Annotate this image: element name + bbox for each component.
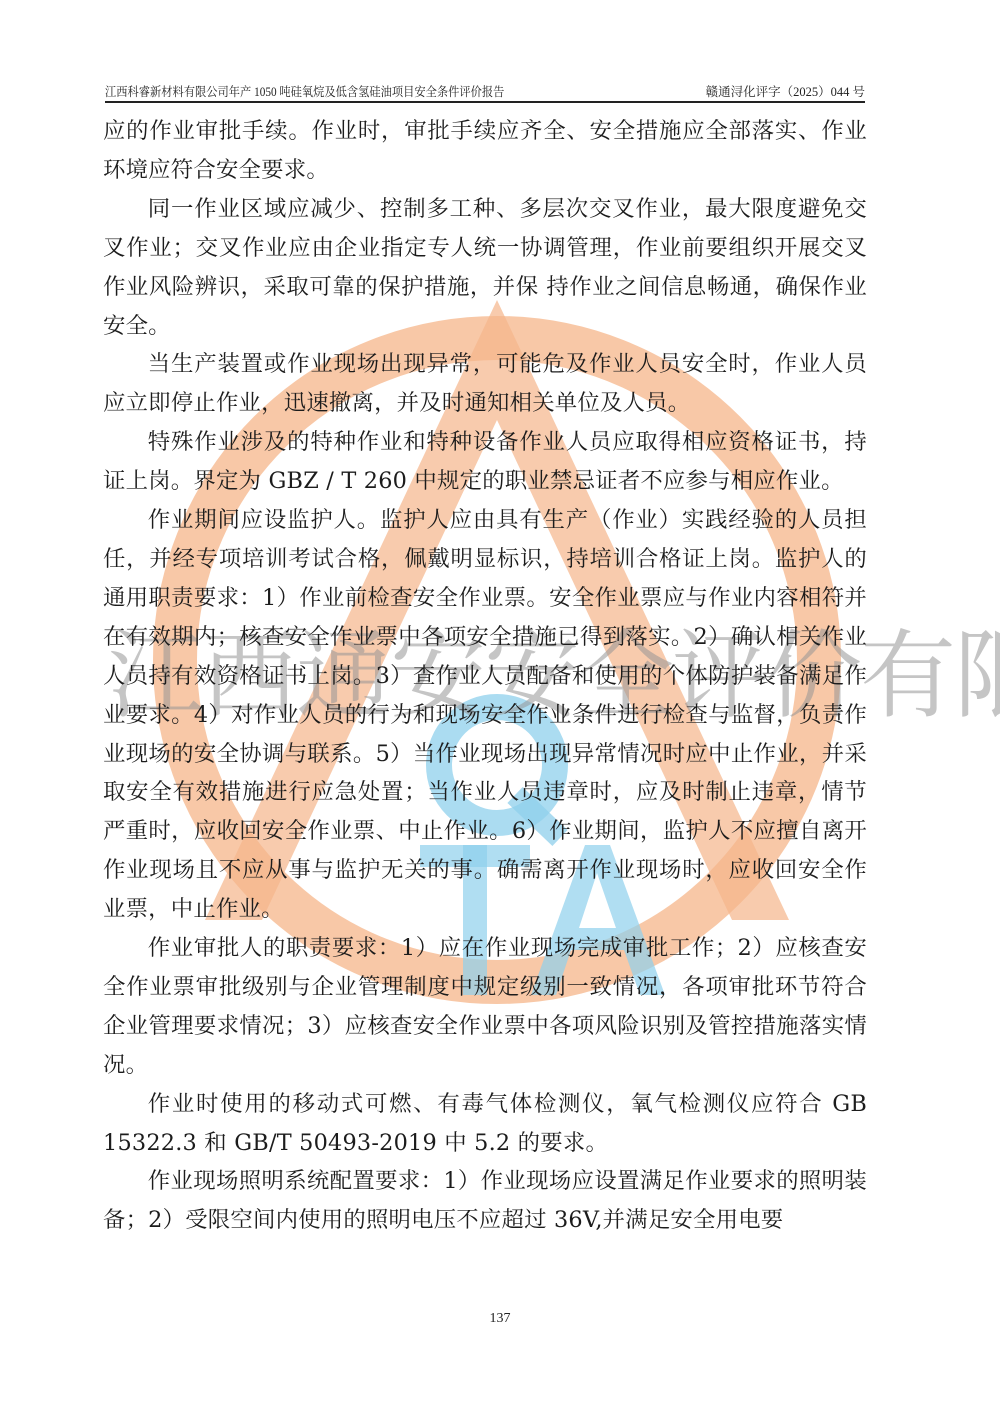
report-number: 赣通浔化评字（2025）044 号 <box>706 84 865 100</box>
paragraph: 作业审批人的职责要求：1）应在作业现场完成审批工作；2）应核查安全作业票审批级别… <box>103 929 867 1085</box>
paragraph: 作业期间应设监护人。监护人应由具有生产（作业）实践经验的人员担任，并经专项培训考… <box>103 501 867 929</box>
paragraph: 同一作业区域应减少、控制多工种、多层次交叉作业，最大限度避免交叉作业；交叉作业应… <box>103 190 867 346</box>
running-header: 江西科睿新材料有限公司年产 1050 吨硅氧烷及低含氢硅油项目安全条件评价报告 … <box>105 84 865 102</box>
paragraph: 作业时使用的移动式可燃、有毒气体检测仪，氧气检测仪应符合 GB 15322.3 … <box>103 1085 867 1163</box>
paragraph: 当生产装置或作业现场出现异常，可能危及作业人员安全时，作业人员应立即停止作业，迅… <box>103 345 867 423</box>
paragraph: 作业现场照明系统配置要求：1）作业现场应设置满足作业要求的照明装备；2）受限空间… <box>103 1162 867 1240</box>
page-number: 137 <box>0 1311 1000 1327</box>
paragraph: 特殊作业涉及的特种作业和特种设备作业人员应取得相应资格证书，持证上岗。界定为 G… <box>103 423 867 501</box>
body-text: 应的作业审批手续。作业时，审批手续应齐全、安全措施应全部落实、作业环境应符合安全… <box>103 112 867 1240</box>
report-title: 江西科睿新材料有限公司年产 1050 吨硅氧烷及低含氢硅油项目安全条件评价报告 <box>105 84 504 100</box>
header-divider <box>105 101 865 103</box>
document-page: 江西通安安全评价有限公司 江西科睿新材料有限公司年产 1050 吨硅氧烷及低含氢… <box>0 0 1000 1414</box>
paragraph: 应的作业审批手续。作业时，审批手续应齐全、安全措施应全部落实、作业环境应符合安全… <box>103 112 867 190</box>
